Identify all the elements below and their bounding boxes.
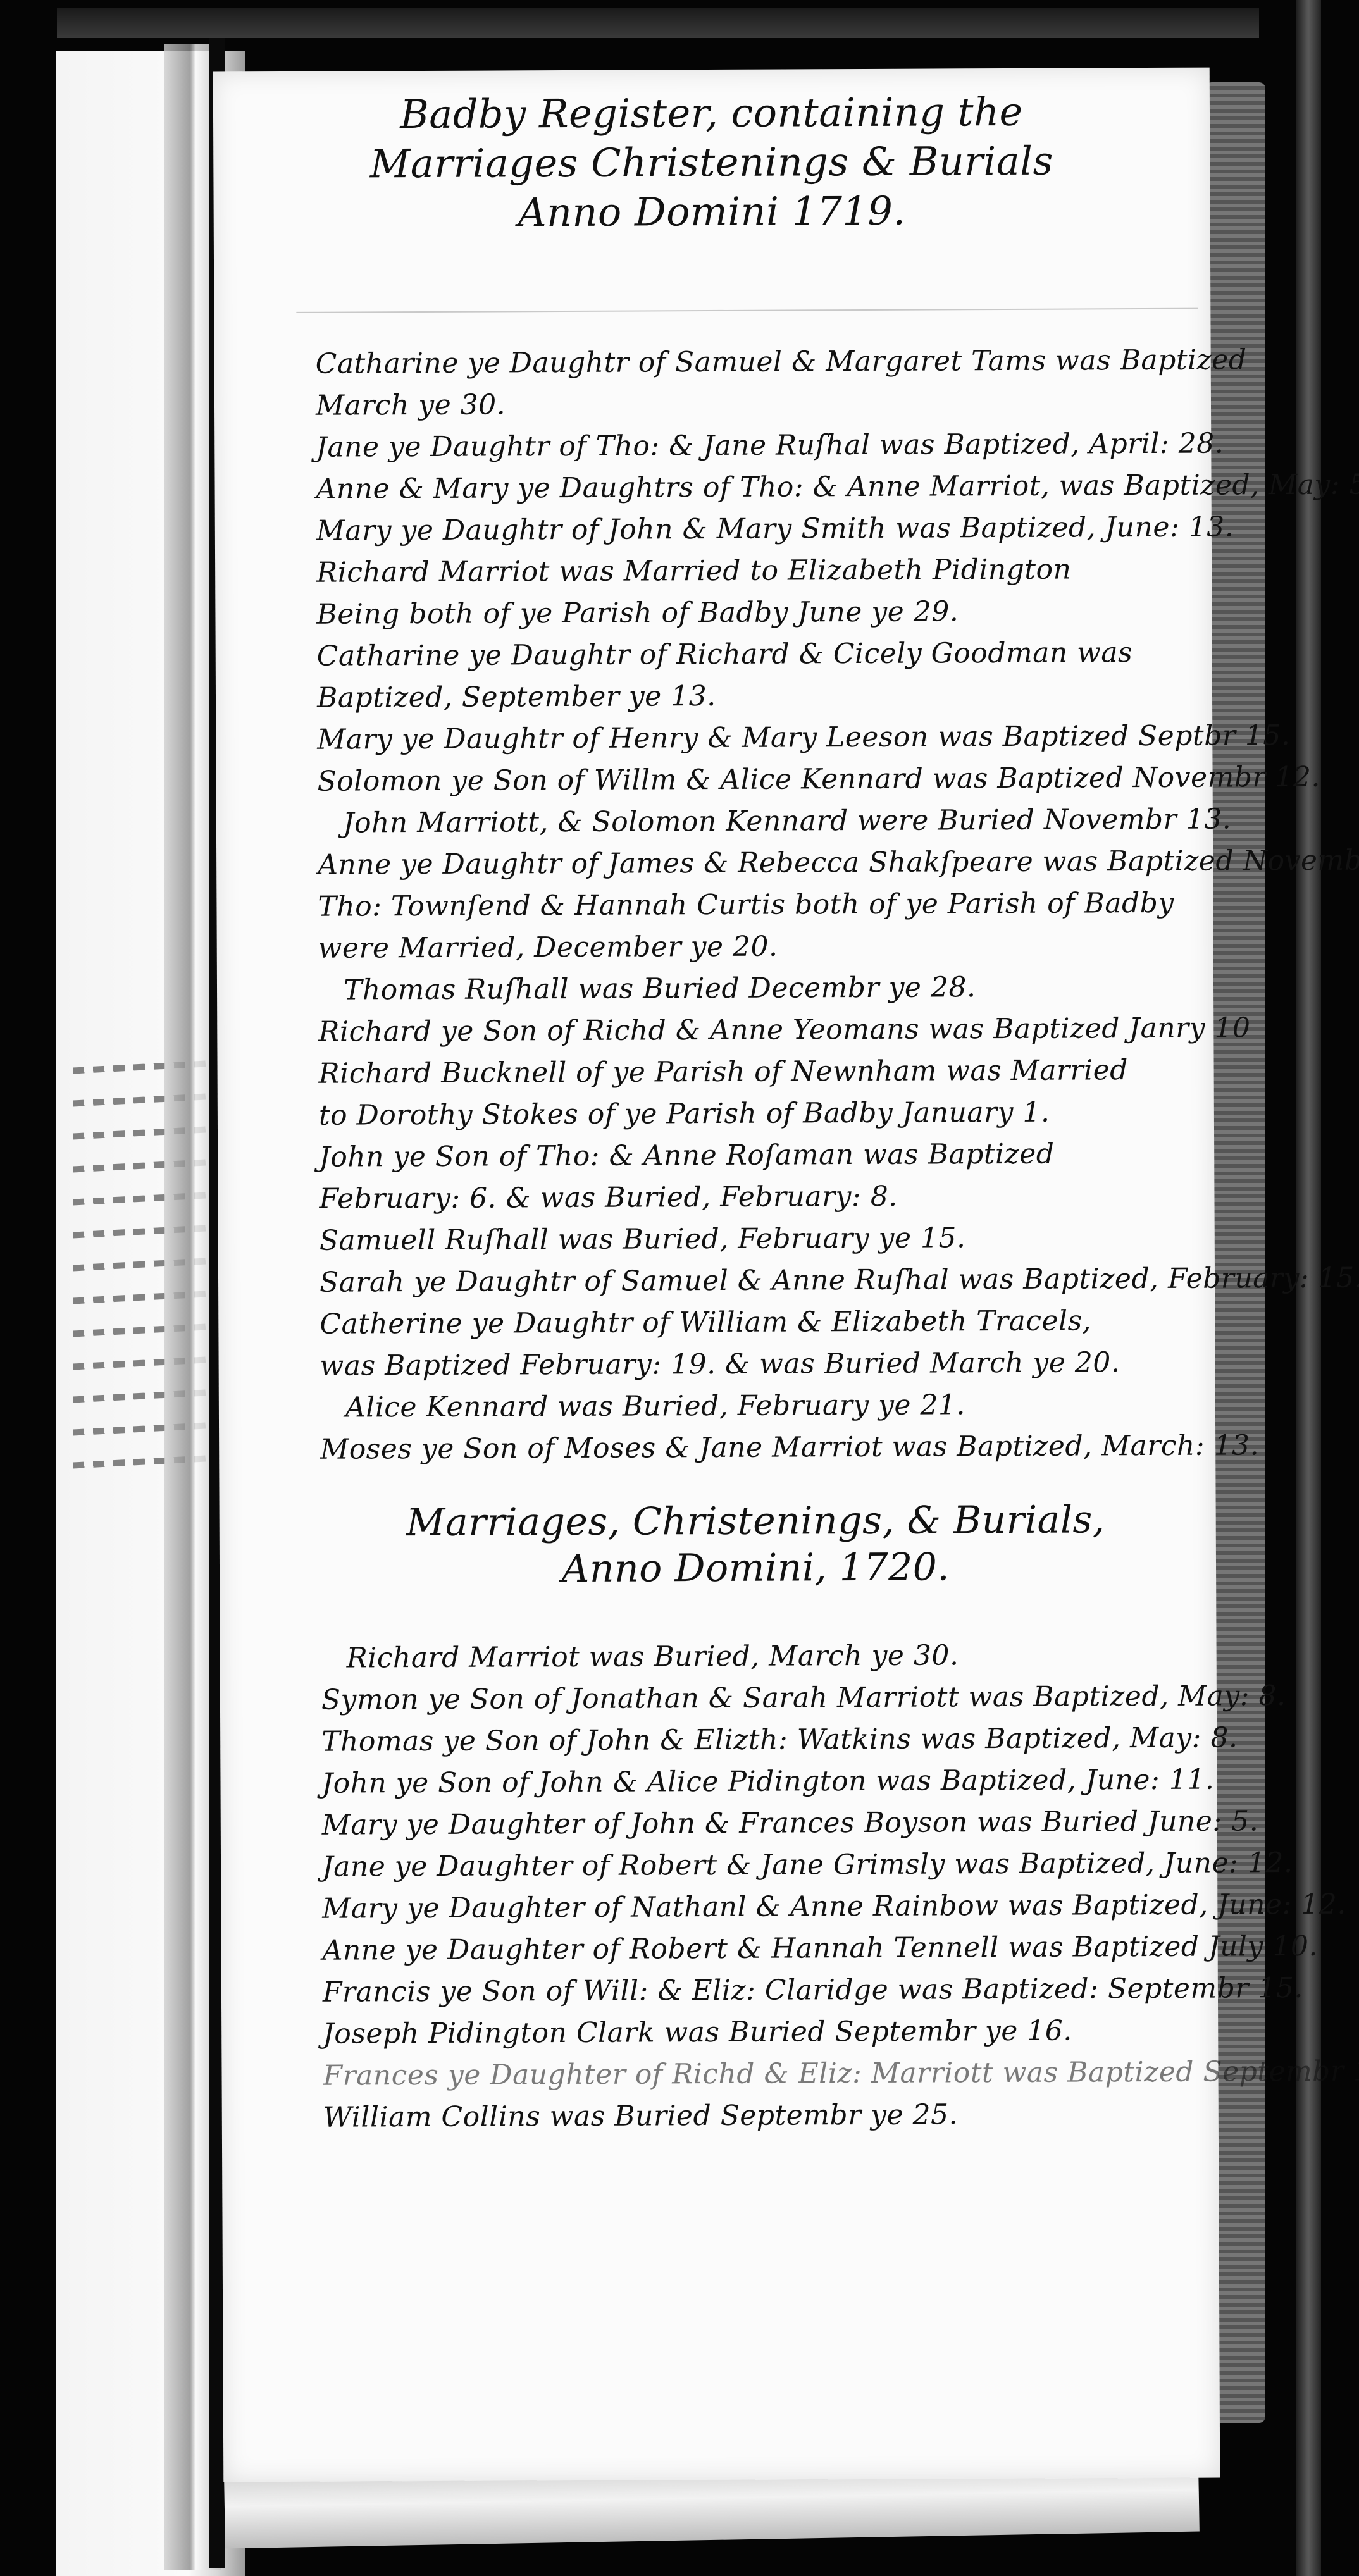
heading-line: Anno Domini, 1720. xyxy=(321,1543,1191,1594)
entry-line: Mary ye Daughter of John & Frances Boyso… xyxy=(322,1801,1192,1847)
entry-line: Mary ye Daughtr of John & Mary Smith was… xyxy=(316,507,1186,552)
entry-line: Mary ye Daughtr of Henry & Mary Leeson w… xyxy=(317,715,1187,761)
entry-line: February: 6. & was Buried, February: 8. xyxy=(319,1175,1189,1220)
entry-line: Mary ye Daughter of Nathanl & Anne Rainb… xyxy=(322,1885,1192,1930)
binding-top-edge xyxy=(57,8,1259,38)
entry-line: Richard Bucknell of ye Parish of Newnham… xyxy=(318,1050,1188,1095)
title-line: Badby Register, containing the xyxy=(213,87,1210,140)
register-page: Badby Register, containing the Marriages… xyxy=(213,68,1220,2482)
entry-line: Richard Marriot was Married to Elizabeth… xyxy=(316,548,1186,594)
entry-line: to Dorothy Stokes of ye Parish of Badby … xyxy=(319,1091,1189,1137)
entry-line: Catharine ye Daughtr of Richard & Cicely… xyxy=(317,632,1187,678)
entry-line: Thomas Ruſhall was Buried Decembr ye 28. xyxy=(318,966,1188,1012)
entry-line: Tho: Townſend & Hannah Curtis both of ye… xyxy=(318,882,1188,928)
entry-line: were Married, December ye 20. xyxy=(318,924,1188,970)
entry-line: March ye 30. xyxy=(316,381,1186,427)
entry-line: Francis ye Son of Will: & Eliz: Claridge… xyxy=(323,1968,1193,2014)
entry-line: Samuell Ruſhall was Buried, February ye … xyxy=(320,1217,1189,1262)
entry-line: Richard Marriot was Buried, March ye 30. xyxy=(321,1634,1191,1680)
entry-line: Joseph Pidington Clark was Buried Septem… xyxy=(323,2010,1193,2055)
register-entries: Catharine ye Daughtr of Samuel & Margare… xyxy=(316,340,1193,2139)
entry-line: Alice Kennard was Buried, February ye 21… xyxy=(320,1384,1190,1429)
entry-line: John ye Son of Tho: & Anne Roſaman was B… xyxy=(319,1133,1189,1179)
entry-line: Catharine ye Daughtr of Samuel & Margare… xyxy=(316,340,1186,385)
entry-line: Solomon ye Son of Willm & Alice Kennard … xyxy=(317,757,1187,803)
title-divider xyxy=(296,308,1198,313)
title-line: Marriages Christenings & Burials xyxy=(213,136,1210,190)
entry-line: Anne & Mary ye Daughtrs of Tho: & Anne M… xyxy=(316,465,1186,511)
entry-line: John ye Son of John & Alice Pidington wa… xyxy=(321,1759,1191,1805)
entry-line: William Collins was Buried Septembr ye 2… xyxy=(323,2093,1193,2139)
entry-line: Baptized, September ye 13. xyxy=(317,674,1187,719)
title-line: Anno Domini 1719. xyxy=(214,185,1210,239)
entry-line: Jane ye Daughtr of Tho: & Jane Ruſhal wa… xyxy=(316,423,1186,469)
entry-line: Richard ye Son of Richd & Anne Yeomans w… xyxy=(318,1008,1188,1053)
page-title: Badby Register, containing the Marriages… xyxy=(213,87,1210,239)
entry-line: Jane ye Daughter of Robert & Jane Grimsl… xyxy=(322,1843,1192,1888)
entry-line: Thomas ye Son of John & Elizth: Watkins … xyxy=(321,1718,1191,1763)
entry-line: Anne ye Daughter of Robert & Hannah Tenn… xyxy=(323,1926,1193,1972)
section-heading-1720: Marriages, Christenings, & Burials, Anno… xyxy=(321,1496,1191,1594)
entry-line: Being both of ye Parish of Badby June ye… xyxy=(316,590,1186,636)
entry-line: Frances ye Daughter of Richd & Eliz: Mar… xyxy=(323,2052,1193,2097)
heading-line: Marriages, Christenings, & Burials, xyxy=(321,1496,1191,1547)
register-entries-1720: Richard Marriot was Buried, March ye 30.… xyxy=(321,1634,1193,2139)
entry-line: Anne ye Daughtr of James & Rebecca Shakſ… xyxy=(318,841,1188,886)
entry-line: Sarah ye Daughtr of Samuel & Anne Ruſhal… xyxy=(320,1258,1189,1304)
entry-line: John Marriott, & Solomon Kennard were Bu… xyxy=(318,799,1188,845)
entry-line: Moses ye Son of Moses & Jane Marriot was… xyxy=(320,1425,1190,1471)
entry-line: Catherine ye Daughtr of William & Elizab… xyxy=(320,1300,1189,1346)
entry-line: Symon ye Son of Jonathan & Sarah Marriot… xyxy=(321,1676,1191,1721)
entry-line: was Baptized February: 19. & was Buried … xyxy=(320,1342,1189,1387)
